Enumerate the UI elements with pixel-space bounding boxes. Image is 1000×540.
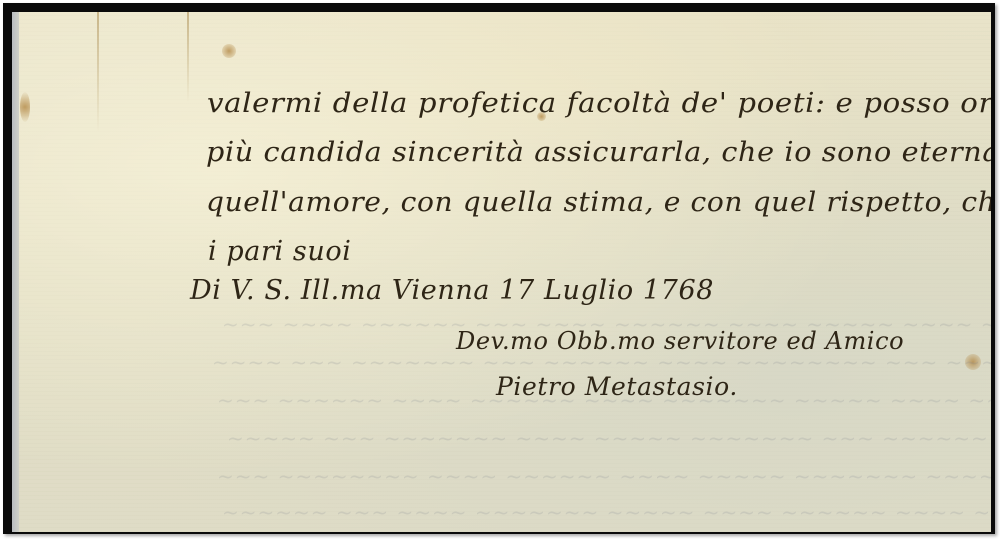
letter-line-1: valermi della profetica facoltà de' poet… [207, 88, 991, 119]
letter-line-3: quell'amore, con quella stima, e con que… [206, 187, 991, 218]
paper-left-edge [12, 12, 19, 532]
valediction: Dev.mo Obb.mo servitore ed Amico [456, 327, 904, 355]
paper-crease [97, 12, 99, 132]
ink-stain [20, 92, 30, 122]
date: 17 Luglio 1768 [499, 275, 714, 306]
bleed-through-text: ~~~~~~ ~~~ ~~~~ ~~~~~~~ ~~~~~ ~~~~ ~~~~~… [222, 500, 991, 524]
letter-line-4: i pari suoi [208, 236, 351, 267]
letter-paper: ~~~ ~~~~ ~~~~~~ ~~~ ~~~~ ~~~~~~ ~~~~ ~~~… [12, 12, 991, 532]
bleed-through-text: ~~~~~ ~~~ ~~~~~~~ ~~~~ ~~~~~ ~~~~~~~ ~~~… [227, 426, 991, 450]
ink-stain [222, 44, 236, 58]
document-frame: ~~~ ~~~~ ~~~~~~ ~~~ ~~~~ ~~~~~~ ~~~~ ~~~… [3, 3, 995, 534]
place: Vienna [392, 275, 490, 306]
signature: Pietro Metastasio. [496, 372, 738, 401]
closing-line: Di V. S. Ill.ma Vienna 17 Luglio 1768 [190, 275, 714, 306]
letter-line-2: più candida sincerità assicurarla, che i… [206, 137, 991, 168]
salutation: Di V. S. Ill.ma [190, 275, 383, 306]
bleed-through-text: ~~~ ~~~~~~~~ ~~~~ ~~~~~~ ~~~~ ~~~~~ ~~~~… [217, 464, 991, 488]
paper-crease [187, 12, 189, 102]
